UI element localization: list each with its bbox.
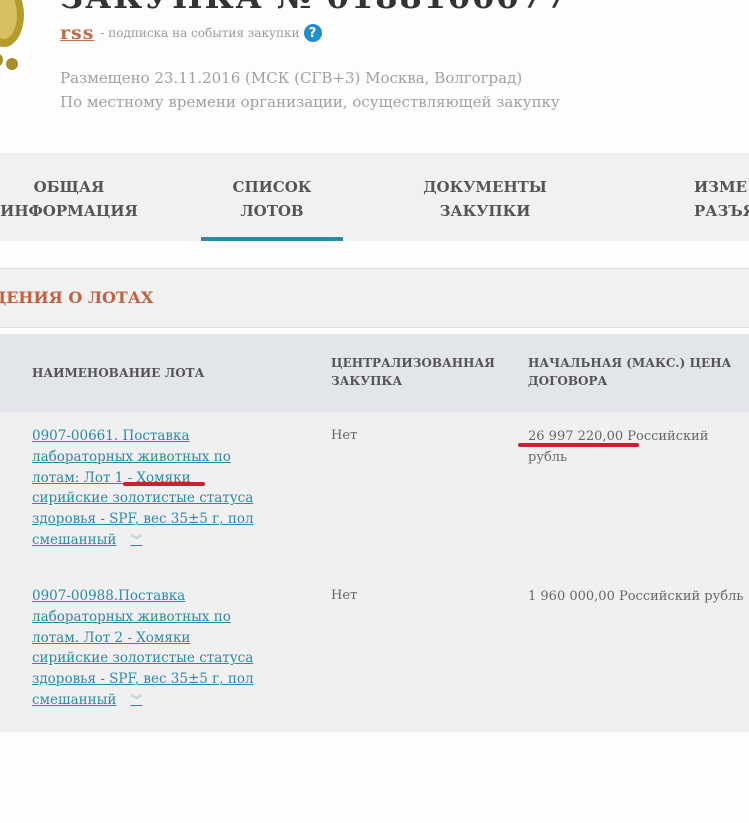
rss-link[interactable]: rss — [60, 22, 94, 44]
section-title: ДЕНИЯ О ЛОТАХ — [0, 288, 153, 307]
centralized-value: Нет — [331, 588, 357, 603]
tab-label: ИНФОРМАЦИЯ — [0, 199, 154, 223]
tab-label: ДОКУМЕНТЫ — [405, 175, 565, 199]
lot-link[interactable]: 0907-00661. Поставка лабораторных животн… — [32, 426, 302, 551]
table-header: НАИМЕНОВАНИЕ ЛОТА ЦЕНТРАЛИЗОВАННАЯ ЗАКУП… — [0, 334, 749, 412]
lot-line: сирийские золотистые статуса — [32, 648, 302, 669]
active-tab-indicator — [201, 237, 343, 241]
tab-lot-list[interactable]: СПИСОК ЛОТОВ — [201, 175, 343, 223]
table-row: 0907-00988.Поставка лабораторных животны… — [0, 572, 749, 732]
lot-line: лотам. Лот 2 - Хомяки — [32, 628, 302, 649]
table-row: 0907-00661. Поставка лабораторных животн… — [0, 412, 749, 572]
price-value: 26 997 220,00 Российский рубль — [528, 426, 748, 468]
expand-chevron-icon[interactable]: ︾ — [130, 693, 142, 707]
centralized-value: Нет — [331, 428, 357, 443]
lot-line: здоровья - SPF, вес 35±5 г, пол — [32, 509, 302, 530]
price-value: 1 960 000,00 Российский рубль — [528, 586, 748, 607]
red-annotation-underline — [123, 482, 205, 486]
tab-label: ОБЩАЯ — [0, 175, 154, 199]
tab-label: ИЗМЕ — [694, 175, 749, 199]
lot-line: смешанный — [32, 692, 116, 708]
coat-of-arms-emblem — [0, 0, 26, 80]
tab-label: ЗАКУПКИ — [405, 199, 565, 223]
expand-chevron-icon[interactable]: ︾ — [130, 533, 142, 547]
lot-line: 0907-00661. Поставка — [32, 426, 302, 447]
column-header-price: НАЧАЛЬНАЯ (МАКС.) ЦЕНА ДОГОВОРА — [528, 354, 731, 390]
red-annotation-underline — [518, 443, 639, 447]
tab-procurement-documents[interactable]: ДОКУМЕНТЫ ЗАКУПКИ — [405, 175, 565, 223]
rss-description: - подписка на события закупки — [100, 26, 299, 40]
tab-general-info[interactable]: ОБЩАЯ ИНФОРМАЦИЯ — [0, 175, 154, 223]
tab-label: СПИСОК — [201, 175, 343, 199]
lot-link[interactable]: 0907-00988.Поставка лабораторных животны… — [32, 586, 302, 711]
column-header-lot-name: НАИМЕНОВАНИЕ ЛОТА — [32, 364, 204, 382]
tab-bar: ОБЩАЯ ИНФОРМАЦИЯ СПИСОК ЛОТОВ ДОКУМЕНТЫ … — [0, 153, 749, 241]
lot-line: здоровья - SPF, вес 35±5 г, пол — [32, 669, 302, 690]
posted-info: Размещено 23.11.2016 (МСК (СГВ+3) Москва… — [60, 66, 560, 114]
header-line: ДОГОВОРА — [528, 372, 731, 390]
header-line: ЦЕНТРАЛИЗОВАННАЯ — [331, 354, 495, 372]
header-line: ЗАКУПКА — [331, 372, 495, 390]
page-title: ЗАКУПКА № 0188100077 — [60, 0, 569, 16]
tab-label: РАЗЪЯ — [694, 199, 749, 223]
help-icon[interactable]: ? — [304, 24, 322, 42]
lot-line: смешанный — [32, 532, 116, 548]
lots-section-header: ДЕНИЯ О ЛОТАХ — [0, 268, 749, 328]
lot-line: сирийские золотистые статуса — [32, 488, 302, 509]
column-header-centralized: ЦЕНТРАЛИЗОВАННАЯ ЗАКУПКА — [331, 354, 495, 390]
timezone-note: По местному времени организации, осущест… — [60, 90, 560, 114]
posted-date: Размещено 23.11.2016 (МСК (СГВ+3) Москва… — [60, 66, 560, 90]
tab-changes-clarifications[interactable]: ИЗМЕ РАЗЪЯ — [694, 175, 749, 223]
rss-subscription: rss - подписка на события закупки ? — [60, 22, 322, 44]
tab-label: ЛОТОВ — [201, 199, 343, 223]
lot-line: лабораторных животных по — [32, 447, 302, 468]
header-line: НАЧАЛЬНАЯ (МАКС.) ЦЕНА — [528, 354, 731, 372]
lot-line: лабораторных животных по — [32, 607, 302, 628]
lot-line: 0907-00988.Поставка — [32, 586, 302, 607]
